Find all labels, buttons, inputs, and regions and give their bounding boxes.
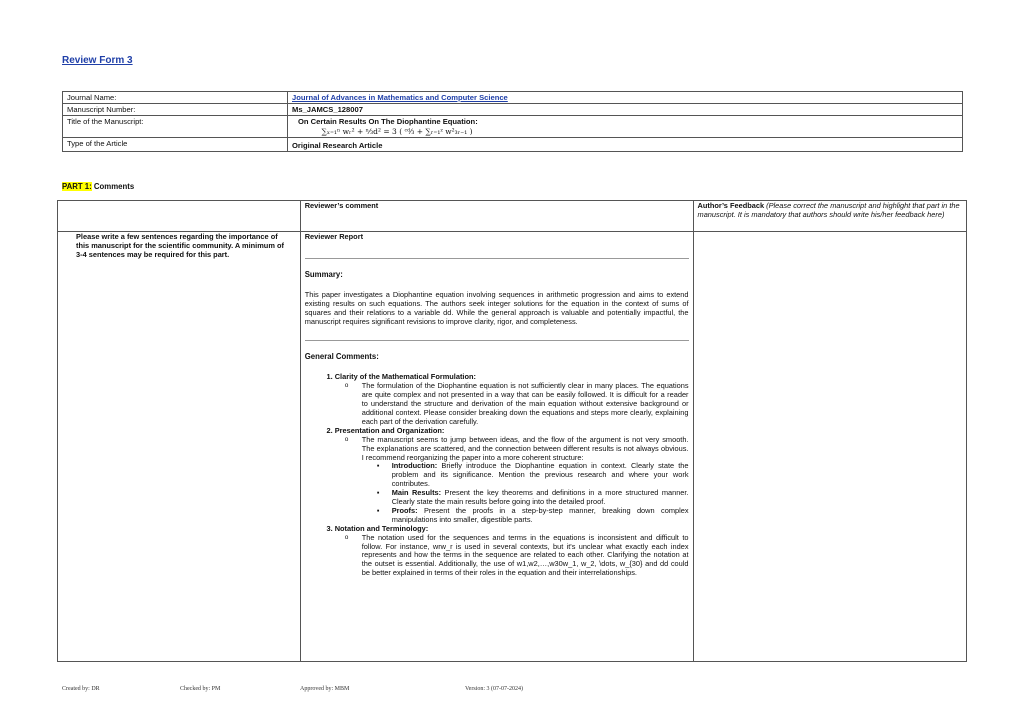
summary-title: Summary: [305,271,689,280]
suggestion-item: Introduction: Briefly introduce the Diop… [392,462,689,489]
structure-suggestions: Introduction: Briefly introduce the Diop… [362,462,689,524]
manuscript-number-label: Manuscript Number: [63,104,288,116]
report-title: Reviewer Report [305,233,689,242]
footer-checked-by: Checked by: PM [180,686,220,692]
article-type-value: Original Research Article [288,138,963,152]
footer-approved-by: Approved by: MBM [300,686,349,692]
empty-header-cell [58,201,301,232]
author-feedback-title: Author’s Feedback [698,201,765,210]
comment-item: Presentation and Organization: The manus… [335,427,689,525]
manuscript-number-value: Ms_JAMCS_128007 [288,104,963,116]
comment-text: The notation used for the sequences and … [362,534,689,579]
journal-row: Journal Name: Journal of Advances in Mat… [63,92,963,104]
part-title: Comments [92,182,134,191]
comments-body-row: Please write a few sentences regarding t… [58,232,967,662]
journal-label: Journal Name: [63,92,288,104]
manuscript-title: On Certain Results On The Diophantine Eq… [292,117,958,126]
footer-created-by: Created by: DR [62,686,100,692]
part-label: PART 1: [62,182,92,191]
article-type-row: Type of the Article Original Research Ar… [63,138,963,152]
comment-title: Clarity of the Mathematical Formulation: [335,372,476,381]
summary-text: This paper investigates a Diophantine eq… [305,291,689,327]
comment-text: The manuscript seems to jump between ide… [362,436,689,525]
journal-link[interactable]: Journal of Advances in Mathematics and C… [292,93,508,102]
comment-title: Notation and Terminology: [335,524,428,533]
title-equation: ∑ₓ₌₁ⁿ wᵣ² + ⁿ⁄₃d² = 3 ( ᶜᵈ⁄₃ + ∑ᵣ₌₁ᶻ w²₃… [292,127,502,136]
guidance-text: Please write a few sentences regarding t… [58,232,301,662]
comment-title: Presentation and Organization: [335,426,445,435]
manuscript-info-table: Journal Name: Journal of Advances in Mat… [62,91,963,152]
form-title: Review Form 3 [62,55,133,66]
manuscript-number-row: Manuscript Number: Ms_JAMCS_128007 [63,104,963,116]
general-comments-list: Clarity of the Mathematical Formulation:… [305,373,689,578]
title-row: Title of the Manuscript: On Certain Resu… [63,116,963,138]
author-feedback-cell[interactable] [693,232,966,662]
title-label: Title of the Manuscript: [63,116,288,138]
comment-item: Notation and Terminology: The notation u… [335,525,689,578]
reviewer-comment-header: Reviewer’s comment [300,201,693,232]
suggestion-item: Main Results: Present the key theorems a… [392,489,689,507]
general-comments-title: General Comments: [305,353,689,362]
author-feedback-header: Author’s Feedback (Please correct the ma… [693,201,966,232]
divider [305,258,689,259]
article-type-label: Type of the Article [63,138,288,152]
part-heading: PART 1: Comments [62,182,134,191]
footer-version: Version: 3 (07-07-2024) [465,686,523,692]
divider [305,340,689,341]
comment-text: The formulation of the Diophantine equat… [362,382,689,427]
comments-header-row: Reviewer’s comment Author’s Feedback (Pl… [58,201,967,232]
reviewer-comment-cell[interactable]: Reviewer Report Summary: This paper inve… [300,232,693,662]
suggestion-item: Proofs: Present the proofs in a step-by-… [392,507,689,525]
comments-table: Reviewer’s comment Author’s Feedback (Pl… [57,200,967,662]
comment-item: Clarity of the Mathematical Formulation:… [335,373,689,426]
